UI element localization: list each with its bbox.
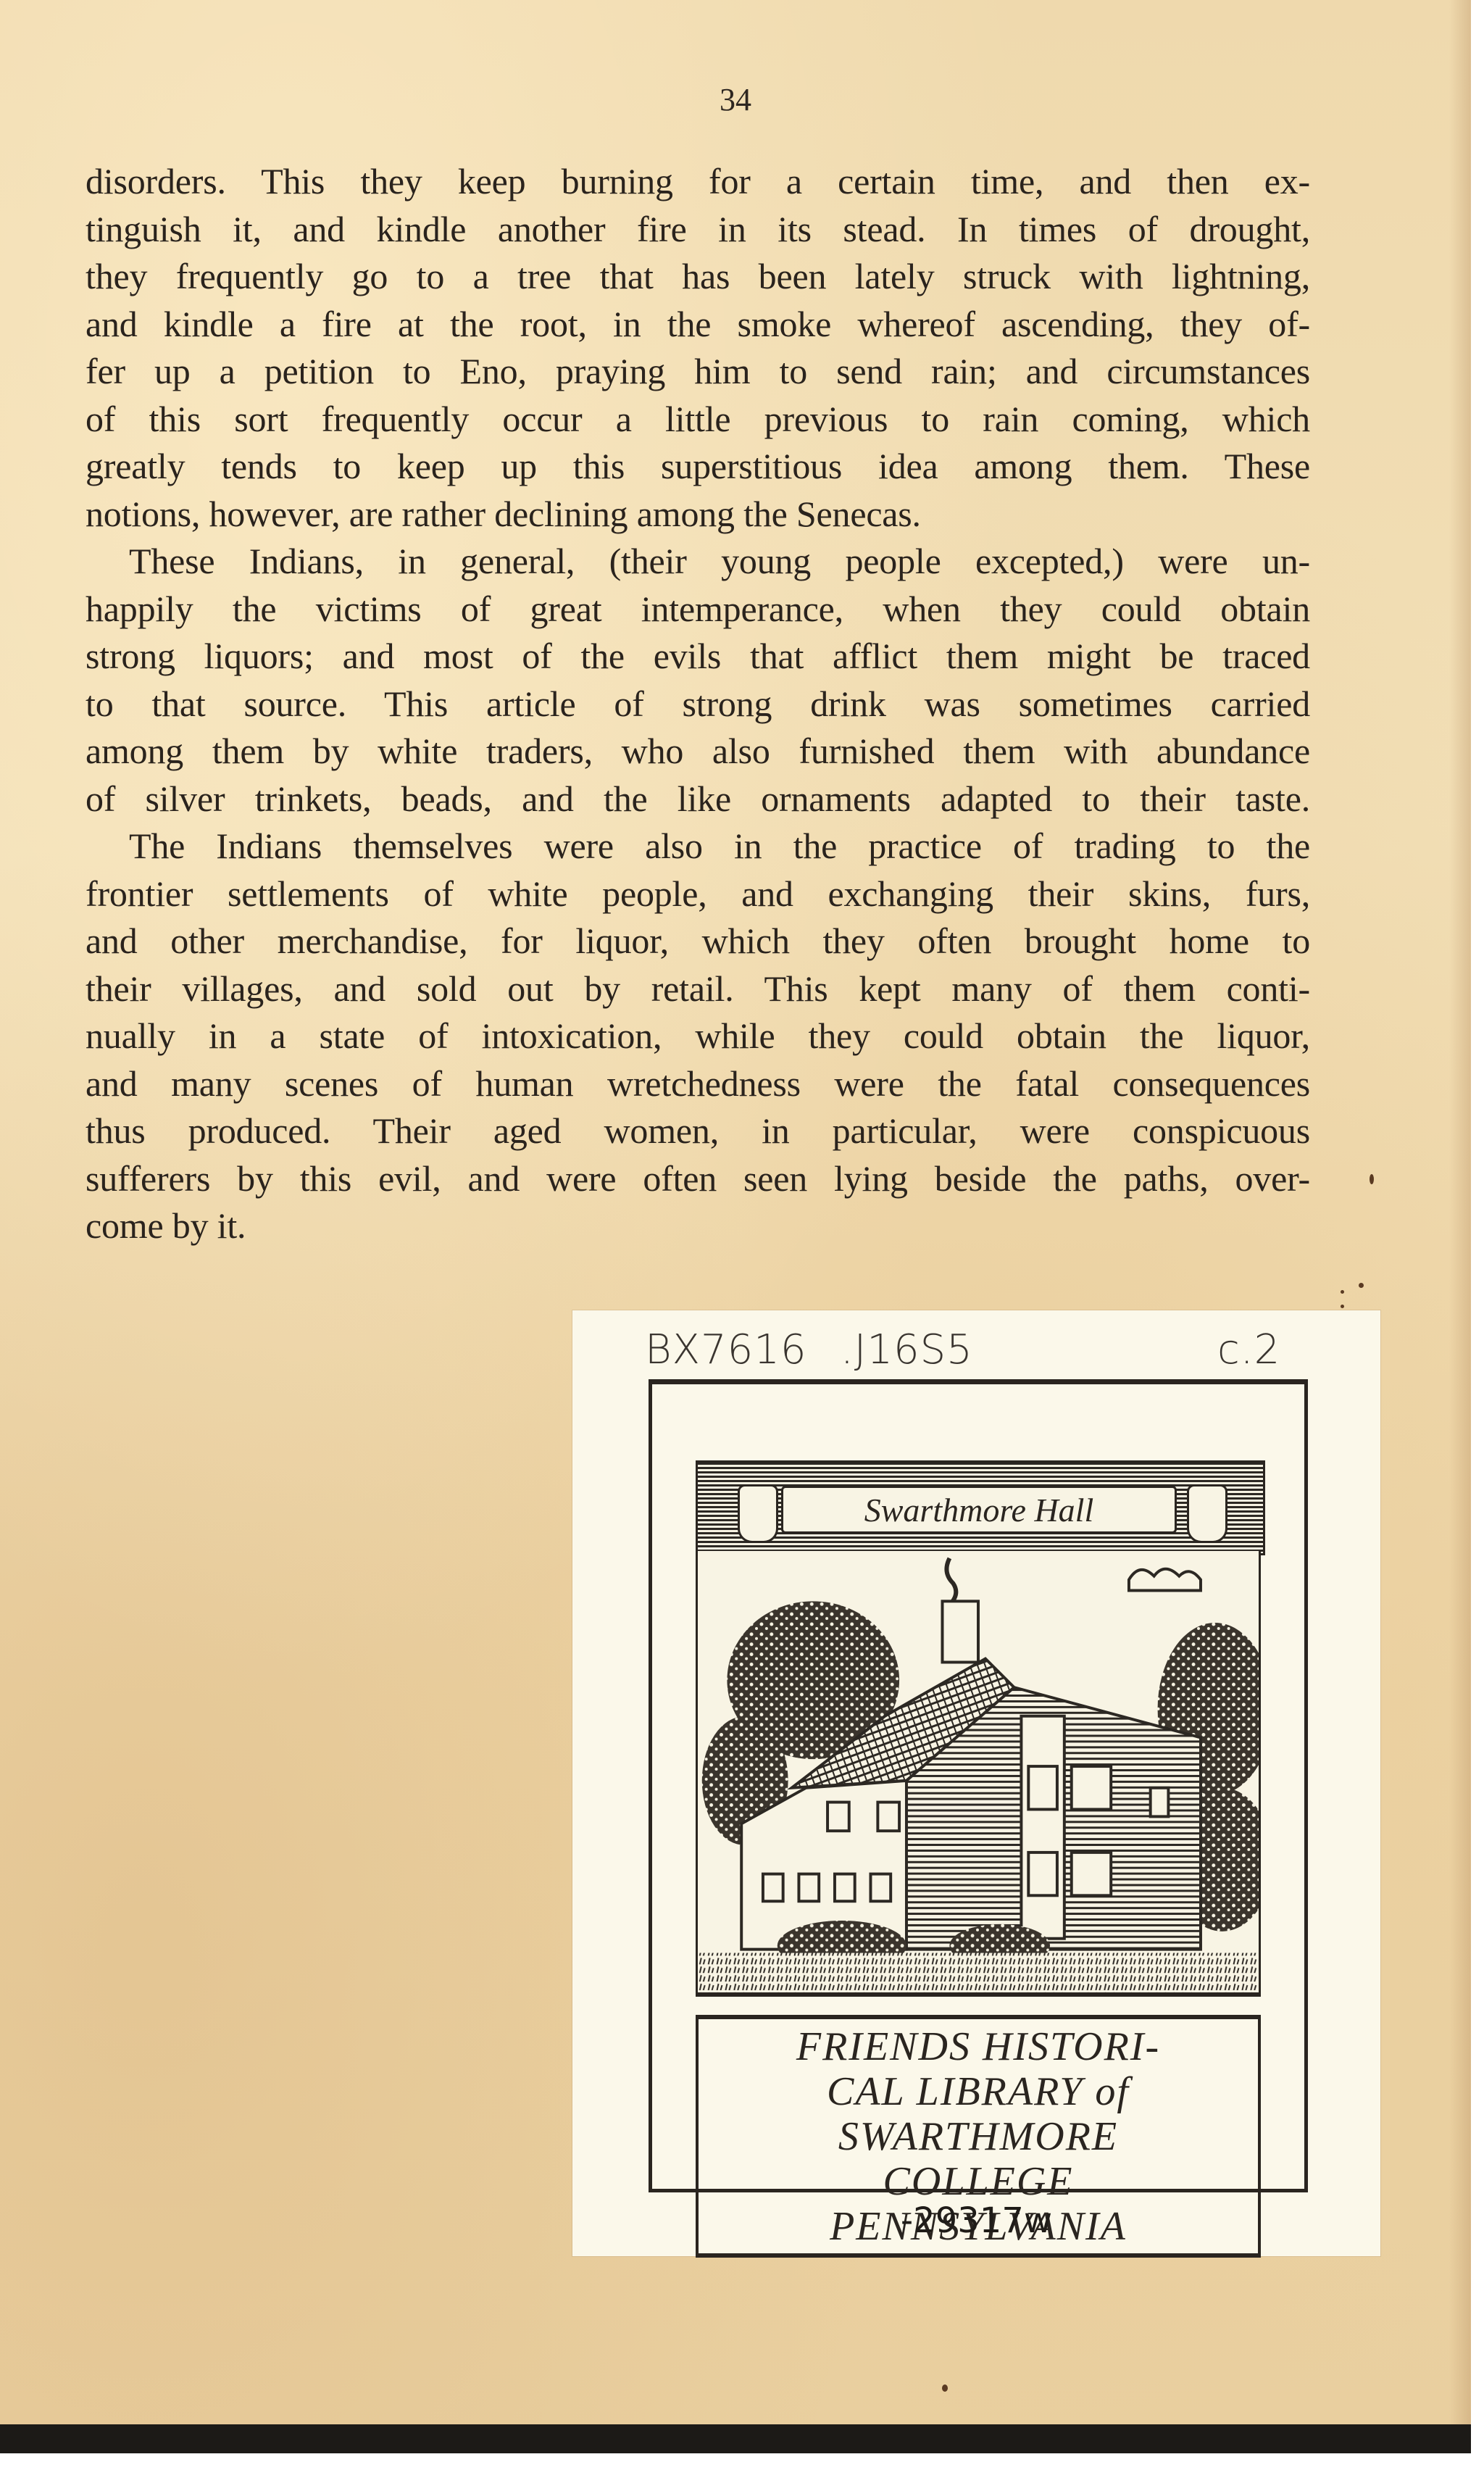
text-line: and many scenes of human wretchedness we… [86,1060,1310,1108]
text-line: notions, however, are rather declining a… [86,491,1310,539]
text-line: disorders. This they keep burning for a … [86,158,1310,206]
call-number: BX7616 .J16S5 c.2 [645,1326,1297,1384]
text-line: sufferers by this evil, and were often s… [86,1155,1310,1203]
banner-title: Swarthmore Hall [781,1486,1177,1534]
house-engraving-icon [698,1551,1259,1992]
house-engraving-icon [696,1551,1261,1997]
bookplate-frame: Swarthmore Hall [649,1379,1308,2192]
paper-speck [1341,1290,1344,1294]
text-line: nually in a state of intoxication, while… [86,1012,1310,1060]
text-line: and other merchandise, for liquor, which… [86,918,1310,965]
banner-header: Swarthmore Hall [696,1460,1265,1555]
text-line: and kindle a fire at the root, in the sm… [86,301,1310,349]
text-line: thus produced. Their aged women, in part… [86,1107,1310,1155]
paper-speck [1370,1174,1374,1184]
scroll-curl-icon [1187,1484,1227,1543]
text-line: of silver trinkets, beads, and the like … [86,775,1310,823]
library-bookplate: BX7616 .J16S5 c.2 Swarthmore Hall [572,1310,1380,2256]
paper-speck [942,2384,948,2392]
text-line: greatly tends to keep up this superstiti… [86,443,1310,491]
text-line: tinguish it, and kindle another fire in … [86,206,1310,254]
page-number: 34 [0,81,1471,118]
inscription-line: FRIENDS HISTORI- [796,2024,1160,2069]
text-line: to that source. This article of strong d… [86,681,1310,728]
text-line: strong liquors; and most of the evils th… [86,633,1310,681]
scan-bottom-edge [0,2424,1471,2453]
call-number-class: BX7616 [645,1326,807,1373]
text-line: frontier settlements of white people, an… [86,870,1310,918]
text-line: among them by white traders, who also fu… [86,728,1310,775]
text-line: their villages, and sold out by retail. … [86,965,1310,1013]
paper-speck [1341,1305,1344,1308]
inscription-line: SWARTHMORE [838,2114,1118,2159]
bookplate-inner: Swarthmore Hall [696,1460,1261,2182]
text-line: come by it. [86,1202,1310,1250]
text-line: These Indians, in general, (their young … [86,538,1310,586]
text-line: fer up a petition to Eno, praying him to… [86,348,1310,396]
paper-speck [1359,1283,1364,1288]
accession-number: -29317w [572,2200,1380,2241]
text-line: they frequently go to a tree that has be… [86,253,1310,301]
text-line: of this sort frequently occur a little p… [86,396,1310,444]
book-page: 34 disorders. This they keep burning for… [0,0,1471,2424]
inscription-line: CAL LIBRARY of [827,2069,1130,2114]
inscription-line: COLLEGE [883,2159,1074,2204]
scroll-curl-icon [738,1484,778,1543]
call-number-cutter: .J16S5 [841,1326,973,1373]
page-edge-shading [1449,0,1471,2424]
call-number-copy: c.2 [1217,1326,1280,1373]
body-text: disorders. This they keep burning for a … [86,158,1310,1250]
text-line: The Indians themselves were also in the … [86,823,1310,870]
text-line: happily the victims of great intemperanc… [86,586,1310,633]
